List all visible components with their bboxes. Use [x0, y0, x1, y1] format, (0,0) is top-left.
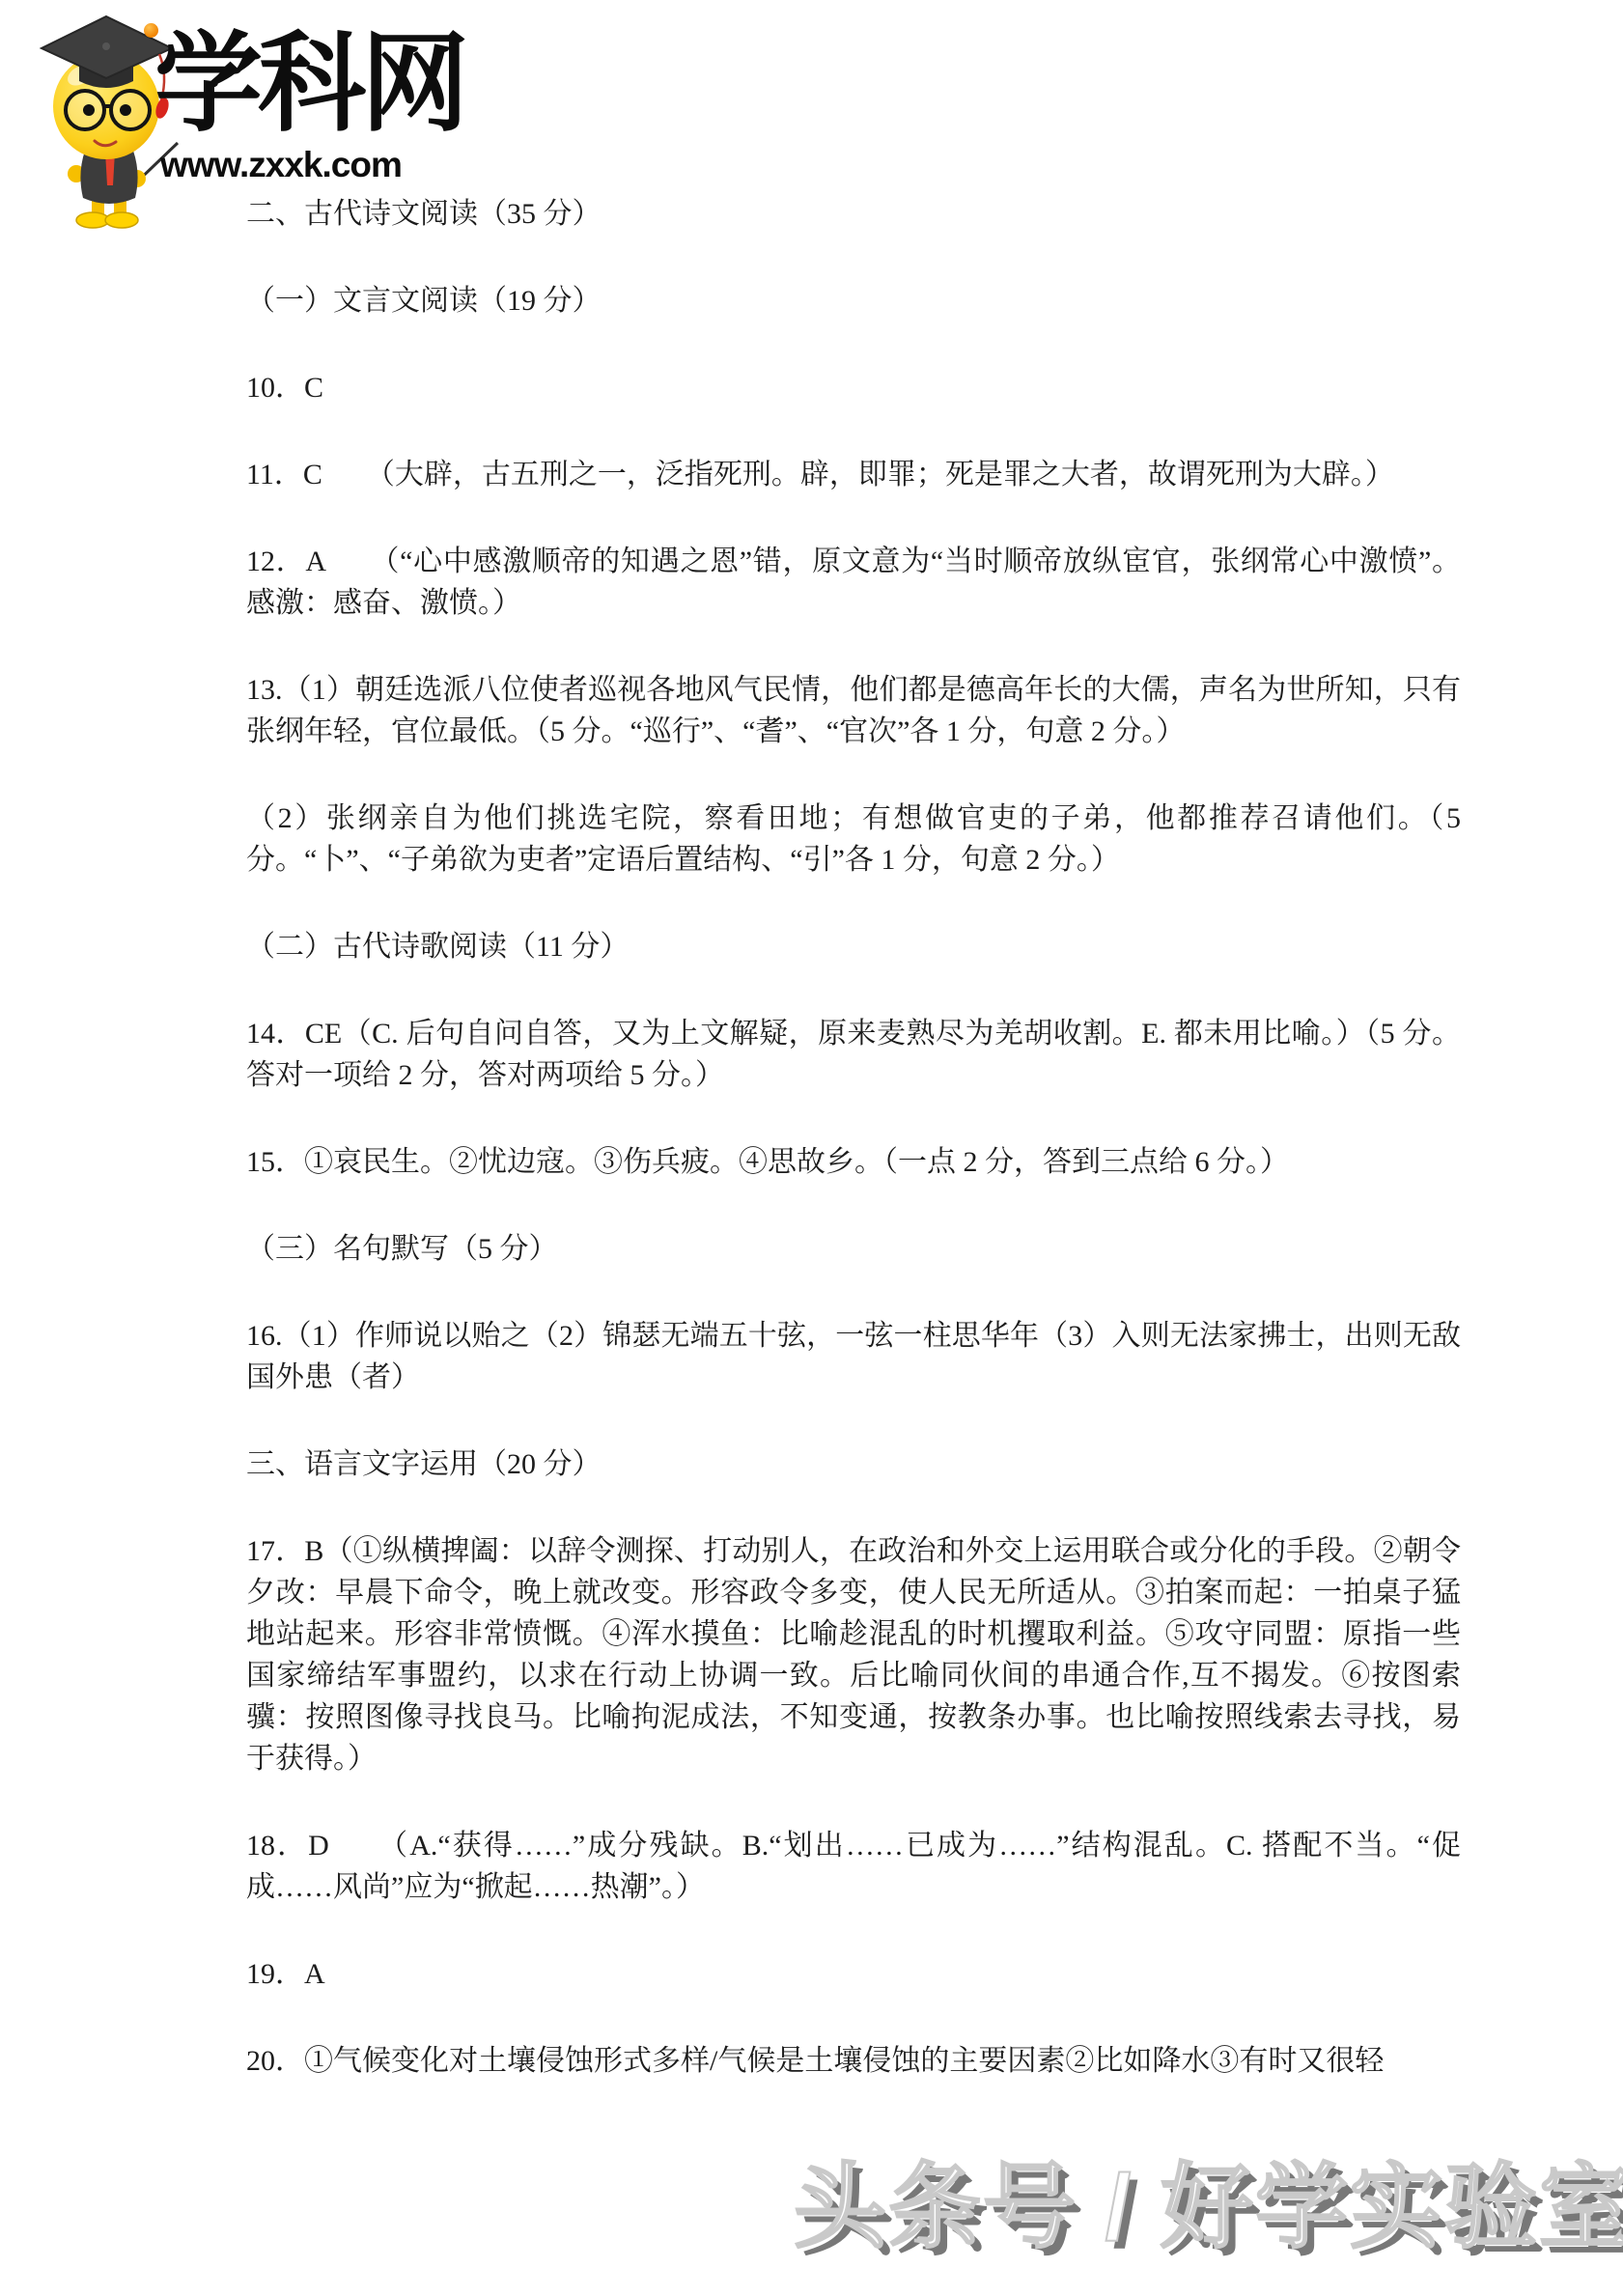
logo-site-url: www.zxxk.com [160, 145, 402, 185]
watermark: 头条号 / 好学实验室 [794, 2157, 1623, 2259]
answer-16: 16.（1）作师说以贻之（2）锦瑟无端五十弦，一弦一柱思华年（3）入则无法家拂士… [246, 1315, 1461, 1398]
answer-10: 10．C [246, 367, 1461, 408]
answer-sheet-content: 二、古代诗文阅读（35 分） （一）文言文阅读（19 分） 10．C 11．C … [246, 193, 1461, 2127]
answer-14: 14．CE（C. 后句自问自答，又为上文解疑，原来麦熟尽为羌胡收割。E. 都未用… [246, 1013, 1461, 1096]
answer-19: 19．A [246, 1953, 1461, 1995]
section-3-heading: 三、语言文字运用（20 分） [246, 1443, 1461, 1485]
answer-15: 15．①哀民生。②忧边寇。③伤兵疲。④思故乡。（一点 2 分，答到三点给 6 分… [246, 1141, 1461, 1183]
answer-13-1: 13.（1）朝廷选派八位使者巡视各地风气民情，他们都是德高年长的大儒，声名为世所… [246, 669, 1461, 752]
part-3-heading: （三）名句默写（5 分） [246, 1228, 1461, 1270]
answer-17: 17．B（①纵横捭阖：以辞令测探、打动别人，在政治和外交上运用联合或分化的手段。… [246, 1530, 1461, 1779]
logo-site-name: 学科网 [154, 27, 464, 141]
answer-13-2: （2）张纲亲自为他们挑选宅院，察看田地；有想做官吏的子弟，他都推荐召请他们。（5… [246, 798, 1461, 881]
section-2-heading: 二、古代诗文阅读（35 分） [246, 193, 1461, 235]
part-2-heading: （二）古代诗歌阅读（11 分） [246, 926, 1461, 967]
answer-12: 12．A （“心中感激顺帝的知遇之恩”错，原文意为“当时顺帝放纵宦官，张纲常心中… [246, 541, 1461, 624]
answer-18: 18．D （A.“获得……”成分残缺。B.“划出……已成为……”结构混乱。C. … [246, 1825, 1461, 1908]
answer-20: 20．①气候变化对土壤侵蚀形式多样/气候是土壤侵蚀的主要因素②比如降水③有时又很… [246, 2040, 1461, 2082]
part-1-heading: （一）文言文阅读（19 分） [246, 280, 1461, 322]
answer-11: 11．C （大辟，古五刑之一，泛指死刑。辟，即罪；死是罪之大者，故谓死刑为大辟。… [246, 454, 1461, 495]
document-page: 学科网 www.zxxk.com 二、古代诗文阅读（35 分） （一）文言文阅读… [0, 0, 1623, 2296]
